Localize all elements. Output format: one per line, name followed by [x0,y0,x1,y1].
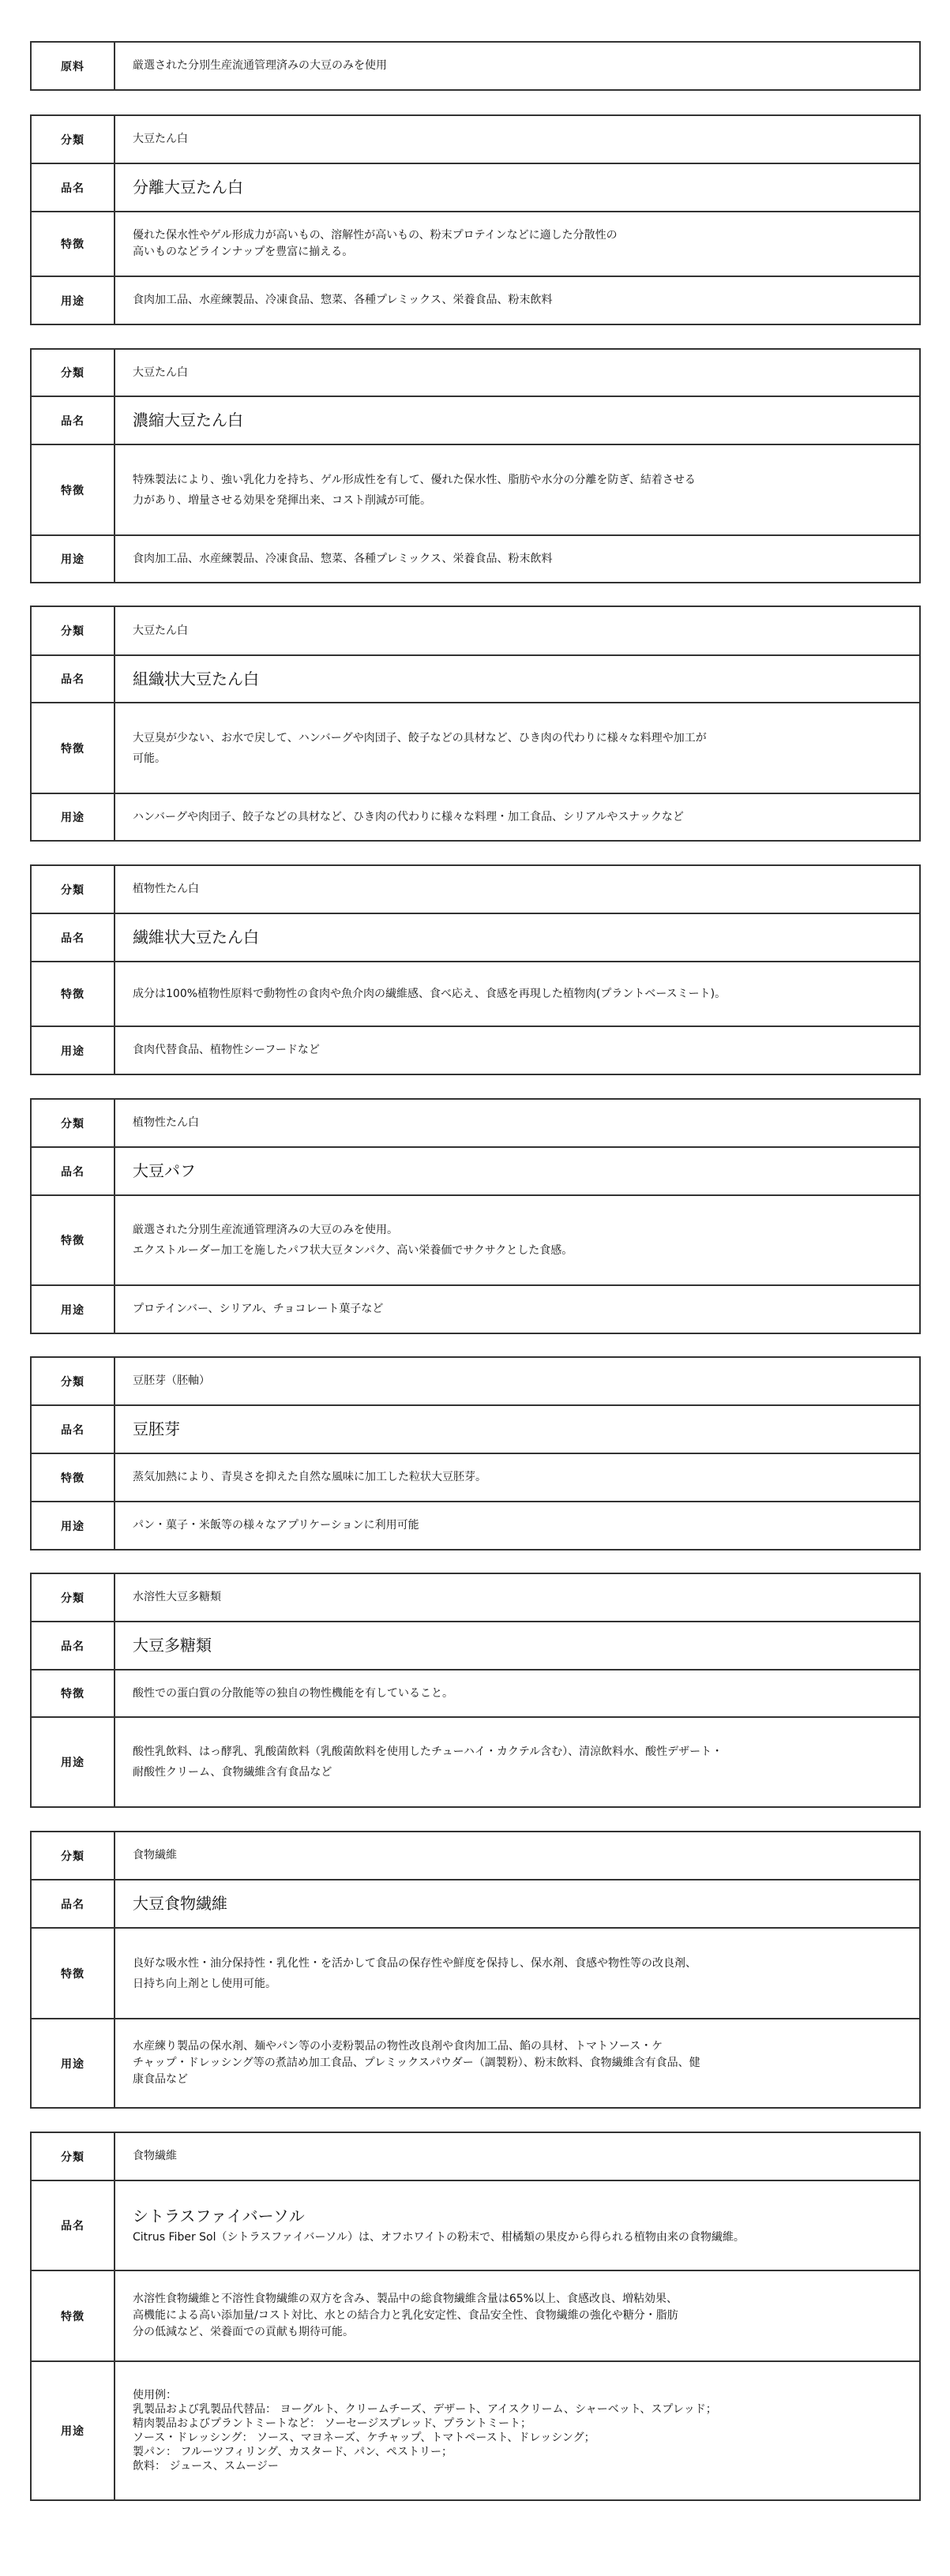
product-name-row: 品名 分離大豆たん白 [31,163,920,212]
features-label: 特徴 [31,1670,115,1717]
uses-label: 用途 [31,2361,115,2500]
category-row: 分類 大豆たん白 [31,115,920,163]
features-line: 日持ち向上剤とし使用可能。 [133,1974,914,1994]
features-row: 特徴 酸性での蛋白質の分散能等の独自の物性機能を有していること。 [31,1670,920,1717]
category-value: 豆胚芽（胚軸） [115,1357,920,1405]
product-name: 濃縮大豆たん白 [133,411,243,429]
uses-line: 製パン： フルーツフィリング、カスタード、パン、ペストリー； [133,2445,914,2459]
uses-line: 食肉代替食品、植物性シーフードなど [133,1042,914,1059]
uses-label: 用途 [31,1285,115,1333]
uses-line: 乳製品および乳製品代替品： ヨーグルト、クリームチーズ、デザート、アイスクリーム… [133,2402,914,2417]
features-label: 特徴 [31,1195,115,1285]
product-table-textured-soy-protein: 分類 大豆たん白 品名 組織状大豆たん白 特徴 大豆臭が少ない、お水で戻して、ハ… [30,606,921,842]
product-name-row: 品名 大豆パフ [31,1147,920,1195]
uses-line: ソース・ドレッシング： ソース、マヨネーズ、ケチャップ、トマトペースト、ドレッシ… [133,2431,914,2445]
product-name: 大豆多糖類 [133,1636,212,1655]
uses-row: 用途 水産練り製品の保水剤、麺やパン等の小麦粉製品の物性改良剤や食肉加工品、餡の… [31,2019,920,2108]
product-table-soy-germ: 分類 豆胚芽（胚軸） 品名 豆胚芽 特徴 蒸気加熱により、青臭さを抑えた自然な風… [30,1356,921,1550]
product-table-soy-puff: 分類 植物性たん白 品名 大豆パフ 特徴 厳選された分別生産流通管理済みの大豆の… [30,1098,921,1334]
category-row: 分類 食物繊維 [31,2132,920,2180]
product-name: 分離大豆たん白 [133,178,243,197]
category-row: 分類 豆胚芽（胚軸） [31,1357,920,1405]
product-table-isolated-soy-protein: 分類 大豆たん白 品名 分離大豆たん白 特徴 優れた保水性やゲル形成力が高いもの… [30,114,921,325]
category-label: 分類 [31,1573,115,1622]
uses-line: 耐酸性クリーム、食物繊維含有食品など [133,1762,914,1783]
features-line: 特殊製法により、強い乳化力を持ち、ゲル形成性を有して、優れた保水性、脂肪や水分の… [133,470,914,490]
uses-label: 用途 [31,1026,115,1074]
features-line: 大豆臭が少ない、お水で戻して、ハンバーグや肉団子、餃子などの具材など、ひき肉の代… [133,728,914,748]
category-label: 分類 [31,865,115,913]
product-name-label: 品名 [31,1622,115,1670]
uses-line: プロテインバー、シリアル、チョコレート菓子など [133,1301,914,1318]
uses-line: 酸性乳飲料、はっ酵乳、乳酸菌飲料（乳酸菌飲料を使用したチューハイ・カクテル含む）… [133,1742,914,1762]
category-value: 食物繊維 [115,1832,920,1880]
raw-material-row: 原料 厳選された分別生産流通管理済みの大豆のみを使用 [31,42,920,90]
product-name-label: 品名 [31,396,115,444]
product-name: 繊維状大豆たん白 [133,928,259,947]
product-name-label: 品名 [31,1147,115,1195]
features-line: 良好な吸水性・油分保持性・乳化性・を活かして食品の保存性や鮮度を保持し、保水剤、… [133,1953,914,1974]
features-row: 特徴 蒸気加熱により、青臭さを抑えた自然な風味に加工した粒状大豆胚芽。 [31,1453,920,1502]
uses-line: ハンバーグや肉団子、餃子などの具材など、ひき肉の代わりに様々な料理・加工食品、シ… [133,809,914,826]
uses-label: 用途 [31,276,115,324]
uses-row: 用途 食肉代替食品、植物性シーフードなど [31,1026,920,1074]
features-label: 特徴 [31,1928,115,2019]
category-label: 分類 [31,2132,115,2180]
product-name: 豆胚芽 [133,1419,180,1438]
category-label: 分類 [31,349,115,396]
features-label: 特徴 [31,703,115,793]
product-table-soy-dietary-fiber: 分類 食物繊維 品名 大豆食物繊維 特徴 良好な吸水性・油分保持性・乳化性・を活… [30,1831,921,2109]
product-name-subtitle: Citrus Fiber Sol（シトラスファイバーソル）は、オフホワイトの粉末… [133,2229,914,2245]
features-line: 水溶性食物繊維と不溶性食物繊維の双方を含み、製品中の総食物繊維含量は65%以上、… [133,2291,914,2308]
product-name-row: 品名 組織状大豆たん白 [31,655,920,703]
category-label: 分類 [31,115,115,163]
features-label: 特徴 [31,444,115,535]
uses-row: 用途 パン・菓子・米飯等の様々なアプリケーションに利用可能 [31,1502,920,1550]
product-name: 大豆食物繊維 [133,1894,227,1913]
uses-line: 水産練り製品の保水剤、麺やパン等の小麦粉製品の物性改良剤や食肉加工品、餡の具材、… [133,2038,914,2055]
uses-label: 用途 [31,793,115,841]
product-table-fibrous-soy-protein: 分類 植物性たん白 品名 繊維状大豆たん白 特徴 成分は100%植物性原料で動物… [30,864,921,1075]
category-value: 大豆たん白 [115,606,920,655]
features-line: 高いものなどラインナップを豊富に揃える。 [133,244,914,261]
features-row: 特徴 成分は100%植物性原料で動物性の食肉や魚介肉の繊維感、食べ応え、食感を再… [31,962,920,1026]
features-line: 可能。 [133,748,914,769]
category-value: 大豆たん白 [115,349,920,396]
features-row: 特徴 良好な吸水性・油分保持性・乳化性・を活かして食品の保存性や鮮度を保持し、保… [31,1928,920,2019]
product-name-label: 品名 [31,163,115,212]
product-name-row: 品名 大豆食物繊維 [31,1880,920,1928]
uses-label: 用途 [31,1717,115,1807]
features-row: 特徴 特殊製法により、強い乳化力を持ち、ゲル形成性を有して、優れた保水性、脂肪や… [31,444,920,535]
category-row: 分類 大豆たん白 [31,349,920,396]
features-row: 特徴 優れた保水性やゲル形成力が高いもの、溶解性が高いもの、粉末プロテインなどに… [31,212,920,276]
features-line: 成分は100%植物性原料で動物性の食肉や魚介肉の繊維感、食べ応え、食感を再現した… [133,986,914,1003]
uses-label: 用途 [31,1502,115,1550]
features-label: 特徴 [31,212,115,276]
uses-line: 康食品など [133,2072,914,2088]
category-row: 分類 大豆たん白 [31,606,920,655]
category-label: 分類 [31,606,115,655]
features-line: 高機能による高い添加量/コスト対比、水との結合力と乳化安定性、食品安全性、食物繊… [133,2308,914,2324]
uses-line: 食肉加工品、水産練製品、冷凍食品、惣菜、各種プレミックス、栄養食品、粉末飲料 [133,551,914,568]
features-row: 特徴 厳選された分別生産流通管理済みの大豆のみを使用。 エクストルーダー加工を施… [31,1195,920,1285]
features-line: 厳選された分別生産流通管理済みの大豆のみを使用。 [133,1220,914,1240]
category-label: 分類 [31,1357,115,1405]
uses-row: 用途 プロテインバー、シリアル、チョコレート菓子など [31,1285,920,1333]
category-value: 水溶性大豆多糖類 [115,1573,920,1622]
features-line: エクストルーダー加工を施したパフ状大豆タンパク、高い栄養価でサクサクとした食感。 [133,1240,914,1261]
category-value: 食物繊維 [115,2132,920,2180]
product-name-row: 品名 シトラスファイバーソル Citrus Fiber Sol（シトラスファイバ… [31,2180,920,2270]
product-table-soy-polysaccharide: 分類 水溶性大豆多糖類 品名 大豆多糖類 特徴 酸性での蛋白質の分散能等の独自の… [30,1573,921,1808]
features-row: 特徴 大豆臭が少ない、お水で戻して、ハンバーグや肉団子、餃子などの具材など、ひき… [31,703,920,793]
uses-row: 用途 食肉加工品、水産練製品、冷凍食品、惣菜、各種プレミックス、栄養食品、粉末飲… [31,276,920,324]
uses-line: パン・菓子・米飯等の様々なアプリケーションに利用可能 [133,1517,914,1534]
product-name-label: 品名 [31,655,115,703]
raw-material-table: 原料 厳選された分別生産流通管理済みの大豆のみを使用 [30,41,921,91]
uses-line: 飲料： ジュース、スムージー [133,2459,914,2473]
uses-row: 用途 食肉加工品、水産練製品、冷凍食品、惣菜、各種プレミックス、栄養食品、粉末飲… [31,535,920,583]
features-label: 特徴 [31,1453,115,1502]
product-name-label: 品名 [31,1405,115,1453]
category-value: 大豆たん白 [115,115,920,163]
features-line: 分の低減など、栄養面での貢献も期待可能。 [133,2324,914,2341]
product-name-row: 品名 豆胚芽 [31,1405,920,1453]
uses-line: 食肉加工品、水産練製品、冷凍食品、惣菜、各種プレミックス、栄養食品、粉末飲料 [133,292,914,309]
features-label: 特徴 [31,962,115,1026]
category-label: 分類 [31,1099,115,1147]
uses-line: チャップ・ドレッシング等の煮詰め加工食品、プレミックスパウダー（調製粉）、粉末飲… [133,2055,914,2072]
product-name-row: 品名 濃縮大豆たん白 [31,396,920,444]
category-value: 植物性たん白 [115,1099,920,1147]
uses-row: 用途 ハンバーグや肉団子、餃子などの具材など、ひき肉の代わりに様々な料理・加工食… [31,793,920,841]
category-row: 分類 植物性たん白 [31,865,920,913]
uses-label: 用途 [31,2019,115,2108]
product-name-label: 品名 [31,1880,115,1928]
uses-line: 精肉製品およびプラントミートなど： ソーセージスプレッド、プラントミート； [133,2417,914,2431]
product-name-row: 品名 繊維状大豆たん白 [31,913,920,962]
product-name-label: 品名 [31,913,115,962]
category-row: 分類 水溶性大豆多糖類 [31,1573,920,1622]
features-line: 力があり、増量させる効果を発揮出来、コスト削減が可能。 [133,490,914,511]
product-table-citrus-fiber-sol: 分類 食物繊維 品名 シトラスファイバーソル Citrus Fiber Sol（… [30,2132,921,2501]
uses-row: 用途 酸性乳飲料、はっ酵乳、乳酸菌飲料（乳酸菌飲料を使用したチューハイ・カクテル… [31,1717,920,1807]
raw-material-value: 厳選された分別生産流通管理済みの大豆のみを使用 [115,42,920,90]
category-row: 分類 植物性たん白 [31,1099,920,1147]
features-line: 優れた保水性やゲル形成力が高いもの、溶解性が高いもの、粉末プロテインなどに適した… [133,227,914,244]
features-line: 蒸気加熱により、青臭さを抑えた自然な風味に加工した粒状大豆胚芽。 [133,1469,914,1486]
product-table-concentrated-soy-protein: 分類 大豆たん白 品名 濃縮大豆たん白 特徴 特殊製法により、強い乳化力を持ち、… [30,348,921,583]
product-name: 大豆パフ [133,1161,196,1180]
product-name-label: 品名 [31,2180,115,2270]
uses-line: 使用例： [133,2388,914,2402]
product-name: シトラスファイバーソル [133,2206,914,2226]
product-name: 組織状大豆たん白 [133,669,259,688]
features-line: 酸性での蛋白質の分散能等の独自の物性機能を有していること。 [133,1685,914,1702]
category-label: 分類 [31,1832,115,1880]
category-value: 植物性たん白 [115,865,920,913]
category-row: 分類 食物繊維 [31,1832,920,1880]
uses-row: 用途 使用例： 乳製品および乳製品代替品： ヨーグルト、クリームチーズ、デザート… [31,2361,920,2500]
features-label: 特徴 [31,2270,115,2361]
raw-material-label: 原料 [31,42,115,90]
product-name-row: 品名 大豆多糖類 [31,1622,920,1670]
uses-label: 用途 [31,535,115,583]
features-row: 特徴 水溶性食物繊維と不溶性食物繊維の双方を含み、製品中の総食物繊維含量は65%… [31,2270,920,2361]
